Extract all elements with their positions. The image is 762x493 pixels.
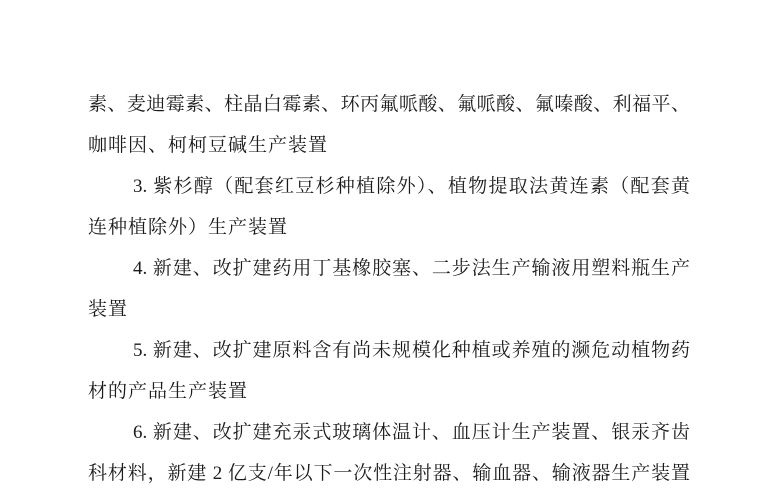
document-line: 装置 bbox=[88, 289, 690, 330]
document-line-item-4: 4. 新建、改扩建药用丁基橡胶塞、二步法生产输液用塑料瓶生产 bbox=[88, 248, 690, 289]
document-line: 科材料，新建 2 亿支/年以下一次性注射器、输血器、输液器生产装置 bbox=[88, 453, 690, 493]
document-text-block: 素、麦迪霉素、柱晶白霉素、环丙氟哌酸、氟哌酸、氟嗪酸、利福平、 咖啡因、柯柯豆碱… bbox=[88, 84, 690, 493]
document-line: 咖啡因、柯柯豆碱生产装置 bbox=[88, 125, 690, 166]
document-line: 连种植除外）生产装置 bbox=[88, 207, 690, 248]
document-line-item-6: 6. 新建、改扩建充汞式玻璃体温计、血压计生产装置、银汞齐齿 bbox=[88, 412, 690, 453]
document-line-item-3: 3. 紫杉醇（配套红豆杉种植除外）、植物提取法黄连素（配套黄 bbox=[88, 166, 690, 207]
document-line: 素、麦迪霉素、柱晶白霉素、环丙氟哌酸、氟哌酸、氟嗪酸、利福平、 bbox=[88, 84, 690, 125]
document-line: 材的产品生产装置 bbox=[88, 371, 690, 412]
document-page: 素、麦迪霉素、柱晶白霉素、环丙氟哌酸、氟哌酸、氟嗪酸、利福平、 咖啡因、柯柯豆碱… bbox=[0, 0, 762, 493]
document-line-item-5: 5. 新建、改扩建原料含有尚未规模化种植或养殖的濒危动植物药 bbox=[88, 330, 690, 371]
